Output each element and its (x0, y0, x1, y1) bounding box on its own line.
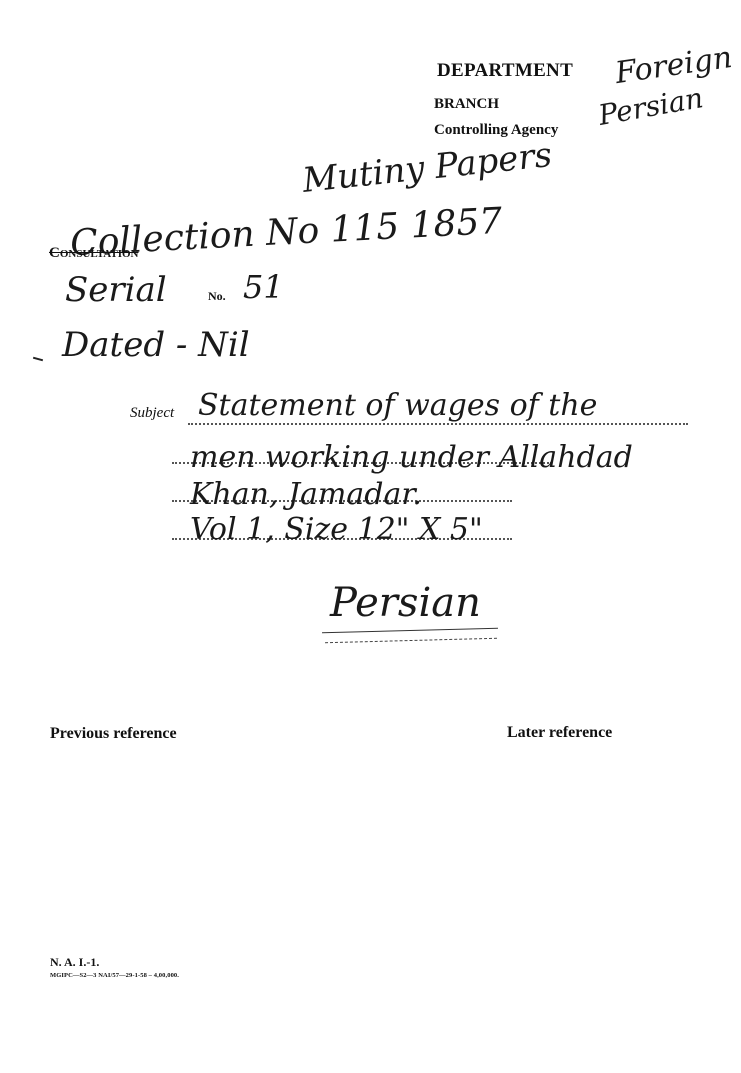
subject-line-2: men working under Allahdad (190, 440, 633, 475)
header-note: Mutiny Papers (301, 135, 554, 201)
subject-dotted-line-1 (188, 423, 688, 425)
language-underline (322, 628, 498, 634)
dated-field: Dated - Nil (62, 325, 250, 365)
serial-label: Serial (65, 270, 167, 310)
consultation-label: Consultation (49, 245, 139, 262)
form-code: N. A. I.-1. (50, 955, 99, 970)
later-reference-label: Later reference (507, 724, 612, 742)
language-note: Persian (330, 580, 481, 626)
serial-value: 51 (243, 268, 284, 306)
subject-label: Subject (130, 405, 174, 422)
department-label: DEPARTMENT (437, 60, 573, 82)
language-underline-2 (325, 638, 497, 644)
previous-reference-label: Previous reference (50, 725, 177, 743)
branch-label: BRANCH (434, 96, 499, 113)
subject-line-1: Statement of wages of the (198, 388, 597, 423)
department-value: Foreign (613, 40, 734, 91)
serial-no-label: No. (208, 289, 226, 304)
subject-line-4: Vol 1, Size 12" X 5" (190, 512, 483, 547)
print-line: MGIPC—S2—3 NAI/57—29-1-58 – 4,00,000. (50, 972, 179, 979)
dash-mark (33, 357, 43, 362)
branch-value: Persian (596, 81, 706, 132)
subject-line-3: Khan, Jamadar. (190, 477, 422, 512)
